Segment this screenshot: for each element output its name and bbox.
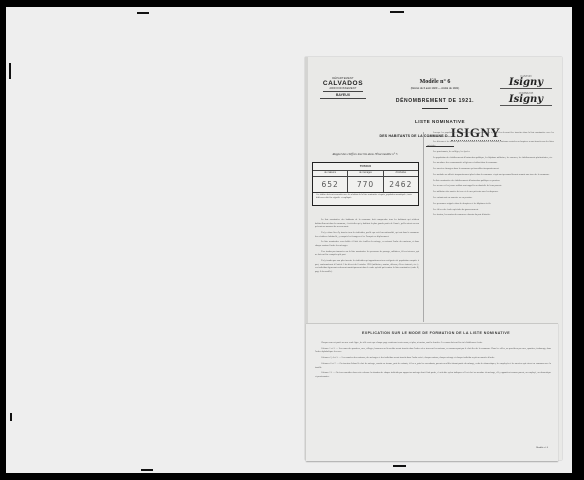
households-count: 770 [348,177,382,192]
paragraph: Les recrues et les jeunes soldats sont r… [427,185,554,189]
instructions-right-column: Lorsque les populations municipales ne s… [427,132,554,220]
paragraph: La liste nominative des habitants de la … [315,219,419,230]
model-number: Modèle n° 6 [375,79,495,85]
paragraph: Les enfants mis en nourrice ou en pensio… [427,197,554,201]
canton-handwritten: Isigny [500,78,552,89]
divider [320,98,366,99]
paragraph: Les détenus et les aliénés qui se trouve… [427,141,554,148]
paragraph: Lorsque les populations municipales ne s… [427,132,554,139]
registration-mark-left-upper [9,63,11,79]
department-header: DÉPARTEMENT CALVADOS ARRONDISSEMENT BAYE… [313,77,373,100]
census-document-page: DÉPARTEMENT CALVADOS ARRONDISSEMENT BAYE… [305,57,562,460]
commune-handwritten: Isigny [500,95,552,106]
totals-header: TOTAUX [313,163,418,171]
paragraph: Colonne 1 et 2. — Les noms des quartiers… [315,348,551,355]
sheet-reference: Modèle n° 6 [536,447,548,449]
paragraph: La population des établissements d'instr… [427,157,554,161]
column-divider [423,132,424,322]
registration-mark-bottom-left [141,469,153,471]
attached-explanation-sheet: EXPLICATION SUR LE MODE DE FORMATION DE … [306,323,558,461]
explanation-body: Chaque nom est porté sur une seule ligne… [315,342,551,382]
recap-note: Ces chiffres doivent concorder avec les … [313,193,418,201]
canton-commune-header: CANTON Isigny COMMUNE Isigny [500,75,552,106]
totals-column-houses: de maisons 652 [313,171,348,192]
paragraph: Colonne 11. — On fera connaître dans cet… [315,372,551,379]
paragraph: Colonnes 3, 4 et 5. — Les numéros des ma… [315,357,551,361]
census-title: DÉNOMBREMENT DE 1921. [375,98,495,104]
paragraph: Chaque nom est porté sur une seule ligne… [315,342,551,346]
instructions-left-column: La liste nominative des habitants de la … [315,219,419,277]
arrondissement-label: ARRONDISSEMENT [313,87,373,90]
paragraph: Il n'y a donc lieu d'y inscrire tous les… [315,232,419,239]
paragraph: Il n'y faudra pas non plus inscrire les … [315,260,419,274]
department-name: CALVADOS [313,80,373,87]
paragraph: Les pensionnats, les collèges, les lycée… [427,151,554,155]
paragraph: Les militaires des armées de terre et de… [427,191,554,195]
paragraph: Les forains, les marins du commerce abse… [427,214,554,218]
paragraph: Colonnes 6 et 7. — On inscrira d'abord l… [315,363,551,370]
recap-caption: Rappel des chiffres inscrits dans l'État… [315,152,415,156]
registration-mark-top-right [390,11,404,13]
paragraph: Les élèves des écoles spéciales du gouve… [427,209,554,213]
paragraph: Les ouvriers étrangers dans la commune q… [427,168,554,172]
paragraph: Il ne faudra pas transcrire sur la liste… [315,251,419,258]
houses-count: 652 [313,177,347,192]
paragraph: La liste nominative des établissements d… [427,180,554,184]
paragraph: La liste nominative sera établie à l'aid… [315,241,419,248]
decree-reference: (Décret du 6 août 1920 — Arrêté du 1921) [375,87,495,90]
model-header: Modèle n° 6 (Décret du 6 août 1920 — Arr… [375,79,495,109]
recap-totals-table: TOTAUX de maisons 652 de ménages 770 d'i… [312,162,419,206]
totals-column-individuals: d'individus 2462 [384,171,418,192]
paragraph: Les personnes soignées dans les hospices… [427,203,554,207]
explanation-title: EXPLICATION SUR LE MODE DE FORMATION DE … [346,331,526,335]
decorative-rule [422,108,448,109]
divider [323,91,363,92]
paragraph: Les membres des communautés religieuses … [427,162,554,166]
registration-mark-bottom-right [393,465,406,467]
registration-mark-left-lower [10,413,12,421]
registration-mark-top-left [137,12,149,14]
totals-column-households: de ménages 770 [348,171,383,192]
arrondissement-name: BAYEUX [313,93,373,97]
paragraph: Les malades ou aliénés temporairement pl… [427,174,554,178]
individuals-count: 2462 [384,177,418,192]
